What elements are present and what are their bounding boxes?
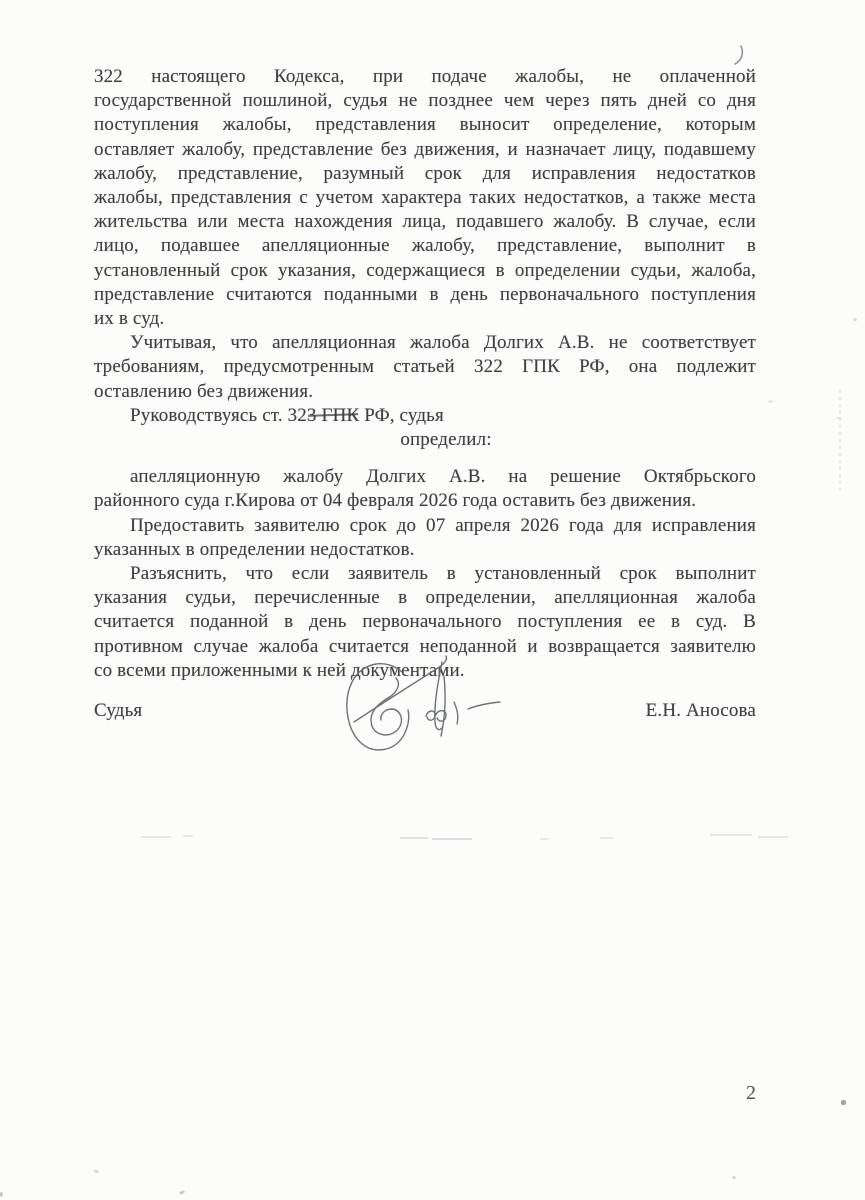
resolution-heading: определил: bbox=[94, 428, 756, 452]
scan-dash-artifact bbox=[183, 835, 193, 837]
operative-section: апелляционную жалобу Долгих А.В. на реше… bbox=[94, 465, 756, 683]
scan-dash-artifact bbox=[141, 836, 171, 838]
paragraph-continuation: 322 настоящего Кодекса, при подаче жалоб… bbox=[94, 65, 756, 331]
scan-dotted-line-artifact bbox=[839, 390, 841, 490]
text-line: оставлению без движения. bbox=[94, 380, 756, 404]
text-line: требованиям, предусмотренным статьей 322… bbox=[94, 355, 756, 379]
paragraph-leave-without-motion: апелляционную жалобу Долгих А.В. на реше… bbox=[94, 465, 756, 513]
text-line: указанных в определении недостатков. bbox=[94, 538, 756, 562]
text-line: жалобу, представление, разумный срок для… bbox=[94, 162, 756, 186]
scan-speck-artifact bbox=[841, 1100, 846, 1105]
pen-mark-artifact-icon bbox=[732, 44, 746, 66]
text-line: апелляционную жалобу Долгих А.В. на реше… bbox=[94, 465, 756, 489]
text-line: указания судьи, перечисленные в определе… bbox=[94, 586, 756, 610]
judge-name: Е.Н. Аносова bbox=[646, 699, 756, 723]
document-body-text: 322 настоящего Кодекса, при подаче жалоб… bbox=[94, 65, 756, 683]
text-line: оставляет жалобу, представление без движ… bbox=[94, 138, 756, 162]
text-line: их в суд. bbox=[94, 307, 756, 331]
text-line: установленный срок указания, содержащиес… bbox=[94, 259, 756, 283]
scan-dash-artifact bbox=[432, 838, 472, 840]
scan-dash-artifact bbox=[710, 834, 752, 836]
text-line: Учитывая, что апелляционная жалоба Долги… bbox=[94, 331, 756, 355]
text-line: Разъяснить, что если заявитель в установ… bbox=[94, 562, 756, 586]
scan-speck-artifact bbox=[179, 1190, 186, 1195]
scan-dash-artifact bbox=[758, 836, 788, 838]
text-line: лицо, подавшее апелляционные жалобу, пре… bbox=[94, 234, 756, 258]
scan-dash-artifact bbox=[400, 837, 428, 839]
scan-dash-artifact bbox=[600, 837, 613, 839]
text-line: жительства или места нахождения лица, по… bbox=[94, 210, 756, 234]
paragraph-considering: Учитывая, что апелляционная жалоба Долги… bbox=[94, 331, 756, 404]
scan-speck-artifact bbox=[94, 1169, 100, 1174]
text-line: считается поданной в день первоначальног… bbox=[94, 610, 756, 634]
text-line: государственной пошлиной, судья не поздн… bbox=[94, 89, 756, 113]
scan-dash-artifact bbox=[540, 838, 549, 840]
text-line: районного суда г.Кирова от 04 февраля 20… bbox=[94, 489, 756, 513]
scan-speck-artifact bbox=[732, 1176, 736, 1179]
scan-speck-artifact bbox=[836, 417, 842, 419]
text-line: 322 настоящего Кодекса, при подаче жалоб… bbox=[94, 65, 756, 89]
court-order-scan-page: 322 настоящего Кодекса, при подаче жалоб… bbox=[0, 0, 865, 1200]
scan-speck-artifact bbox=[853, 318, 857, 321]
text-line: поступления жалобы, представления выноси… bbox=[94, 113, 756, 137]
paragraph-guided-by: Руководствуясь ст. 323 ГПК РФ, судья bbox=[94, 404, 756, 428]
text-line: Предоставить заявителю срок до 07 апреля… bbox=[94, 514, 756, 538]
scan-speck-artifact bbox=[0, 1192, 3, 1197]
text-line: представление считаются поданными в день… bbox=[94, 283, 756, 307]
judge-signature-icon bbox=[338, 652, 543, 770]
signature-role-label: Судья bbox=[94, 699, 142, 723]
paragraph-grant-deadline: Предоставить заявителю срок до 07 апреля… bbox=[94, 514, 756, 562]
text-line: жалобы, представления с учетом характера… bbox=[94, 186, 756, 210]
scan-speck-artifact bbox=[768, 400, 773, 403]
text-line: Руководствуясь ст. 323 ГПК РФ, судья bbox=[94, 404, 756, 428]
page-number: 2 bbox=[736, 1082, 766, 1105]
